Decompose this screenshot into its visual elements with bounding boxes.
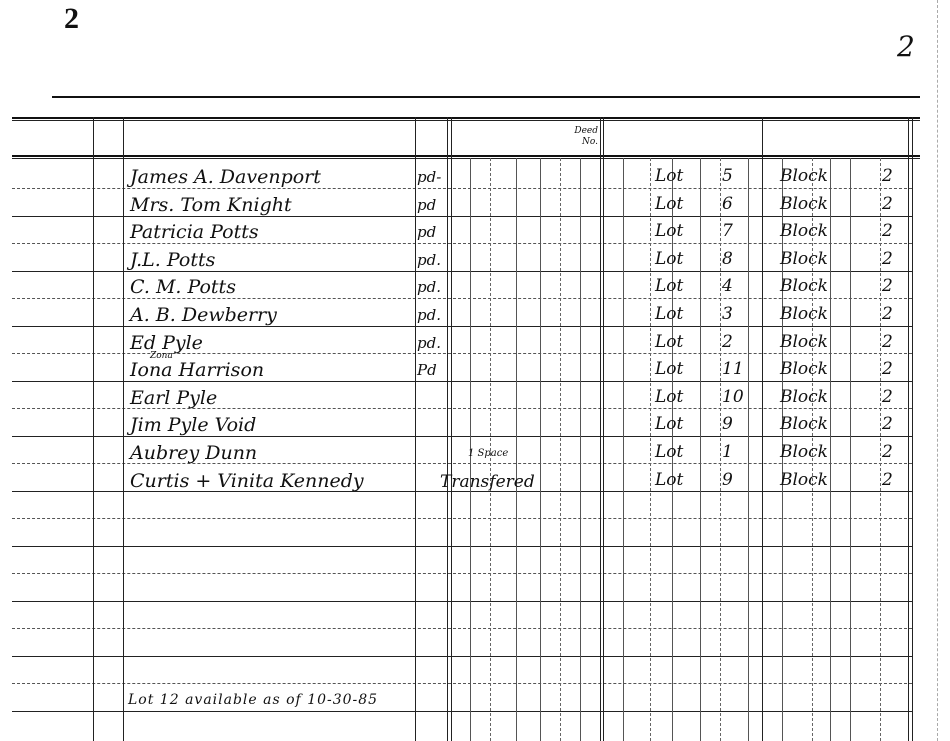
- block-number: 2: [882, 332, 893, 352]
- block-number: 2: [882, 414, 893, 434]
- lot-number: 2: [722, 332, 733, 352]
- column-line: [447, 117, 448, 741]
- owner-name: Patricia Potts: [130, 221, 259, 243]
- column-line: [880, 158, 881, 741]
- block-number: 2: [882, 470, 893, 490]
- rule-line: [12, 656, 912, 657]
- block-number: 2: [882, 442, 893, 462]
- lot-label: Lot: [655, 221, 683, 241]
- paid-mark: pd.: [417, 334, 441, 352]
- rule-line: [12, 117, 920, 119]
- printed-page-number: 2: [64, 2, 79, 36]
- rule-line: [12, 158, 920, 159]
- block-label: Block: [780, 442, 828, 462]
- lot-number: 1: [722, 442, 733, 462]
- owner-name: C. M. Potts: [130, 276, 236, 298]
- column-line: [516, 158, 517, 741]
- block-number: 2: [882, 194, 893, 214]
- column-line: [700, 158, 701, 741]
- column-line: [912, 117, 913, 741]
- owner-name: A. B. Dewberry: [130, 304, 277, 326]
- block-label: Block: [780, 470, 828, 490]
- lot-label: Lot: [655, 387, 683, 407]
- handwritten-page-number: 2: [897, 30, 915, 63]
- rule-line: [12, 381, 912, 382]
- page-edge: [937, 0, 938, 741]
- block-label: Block: [780, 194, 828, 214]
- block-number: 2: [882, 359, 893, 379]
- lot-label: Lot: [655, 359, 683, 379]
- column-line: [830, 158, 831, 741]
- lot-number: 8: [722, 249, 733, 269]
- paid-mark: pd-: [417, 168, 441, 186]
- column-line: [603, 117, 604, 741]
- lot-number: 9: [722, 470, 733, 490]
- rule-line: [12, 216, 912, 217]
- lot-label: Lot: [655, 414, 683, 434]
- column-line: [93, 117, 94, 741]
- rule-line: [12, 683, 912, 684]
- deed-no-label: No.: [560, 137, 598, 148]
- lot-number: 11: [722, 359, 744, 379]
- rule-line: [12, 628, 912, 629]
- paid-mark: pd: [417, 223, 436, 241]
- block-label: Block: [780, 304, 828, 324]
- owner-name: Curtis + Vinita Kennedy: [130, 470, 364, 492]
- entry-note: Transfered: [440, 472, 535, 492]
- lot-number: 10: [722, 387, 744, 407]
- block-label: Block: [780, 332, 828, 352]
- paid-mark: pd.: [417, 306, 441, 324]
- owner-name: J.L. Potts: [130, 249, 215, 271]
- rule-line: [12, 326, 912, 327]
- block-number: 2: [882, 249, 893, 269]
- rule-line: [12, 518, 912, 519]
- owner-name: Earl Pyle: [130, 387, 217, 409]
- rule-line: [12, 120, 920, 121]
- paid-mark: pd.: [417, 251, 441, 269]
- block-label: Block: [780, 249, 828, 269]
- block-number: 2: [882, 166, 893, 186]
- lot-label: Lot: [655, 249, 683, 269]
- block-label: Block: [780, 276, 828, 296]
- column-line: [623, 158, 624, 741]
- lot-label: Lot: [655, 332, 683, 352]
- block-number: 2: [882, 276, 893, 296]
- lot-number: 7: [722, 221, 733, 241]
- lot-number: 9: [722, 414, 733, 434]
- column-line: [580, 158, 581, 741]
- block-number: 2: [882, 221, 893, 241]
- column-line: [762, 117, 763, 741]
- lot-number: 6: [722, 194, 733, 214]
- column-line: [451, 117, 452, 741]
- owner-name: James A. Davenport: [130, 166, 321, 188]
- rule-line: [12, 436, 912, 437]
- block-label: Block: [780, 414, 828, 434]
- block-label: Block: [780, 359, 828, 379]
- deed-label: Deed: [560, 126, 598, 137]
- column-line: [600, 117, 601, 741]
- rule-line: [12, 188, 912, 189]
- lot-label: Lot: [655, 304, 683, 324]
- lot-number: 4: [722, 276, 733, 296]
- column-line: [415, 117, 416, 741]
- entry-note: 1 Space: [468, 448, 508, 459]
- paid-mark: pd: [417, 196, 436, 214]
- rule-line: [12, 155, 920, 157]
- block-label: Block: [780, 166, 828, 186]
- lot-label: Lot: [655, 470, 683, 490]
- owner-name: Iona Harrison: [130, 359, 264, 381]
- column-line: [560, 158, 561, 741]
- column-line: [748, 158, 749, 741]
- rule-line: [12, 546, 912, 547]
- paid-mark: Pd: [417, 361, 437, 379]
- rule-line: [12, 601, 912, 602]
- block-label: Block: [780, 387, 828, 407]
- block-number: 2: [882, 387, 893, 407]
- column-line: [908, 117, 909, 741]
- block-number: 2: [882, 304, 893, 324]
- column-line: [720, 158, 721, 741]
- lot-label: Lot: [655, 166, 683, 186]
- lot-label: Lot: [655, 276, 683, 296]
- name-correction: Zona: [150, 351, 173, 361]
- rule-line: [12, 298, 912, 299]
- rule-line: [52, 96, 920, 98]
- lot-number: 5: [722, 166, 733, 186]
- column-line: [123, 117, 124, 741]
- rule-line: [12, 243, 912, 244]
- column-line: [540, 158, 541, 741]
- paid-mark: pd.: [417, 278, 441, 296]
- lot-label: Lot: [655, 194, 683, 214]
- rule-line: [12, 573, 912, 574]
- bottom-note: Lot 12 available as of 10-30-85: [128, 692, 378, 708]
- lot-number: 3: [722, 304, 733, 324]
- deed-number-header: Deed No.: [560, 126, 598, 148]
- rule-line: [12, 711, 912, 712]
- owner-name: Mrs. Tom Knight: [130, 194, 292, 216]
- owner-name: Jim Pyle Void: [130, 414, 256, 436]
- block-label: Block: [780, 221, 828, 241]
- rule-line: [12, 271, 912, 272]
- column-line: [850, 158, 851, 741]
- column-line: [650, 158, 651, 741]
- lot-label: Lot: [655, 442, 683, 462]
- owner-name: Aubrey Dunn: [130, 442, 257, 464]
